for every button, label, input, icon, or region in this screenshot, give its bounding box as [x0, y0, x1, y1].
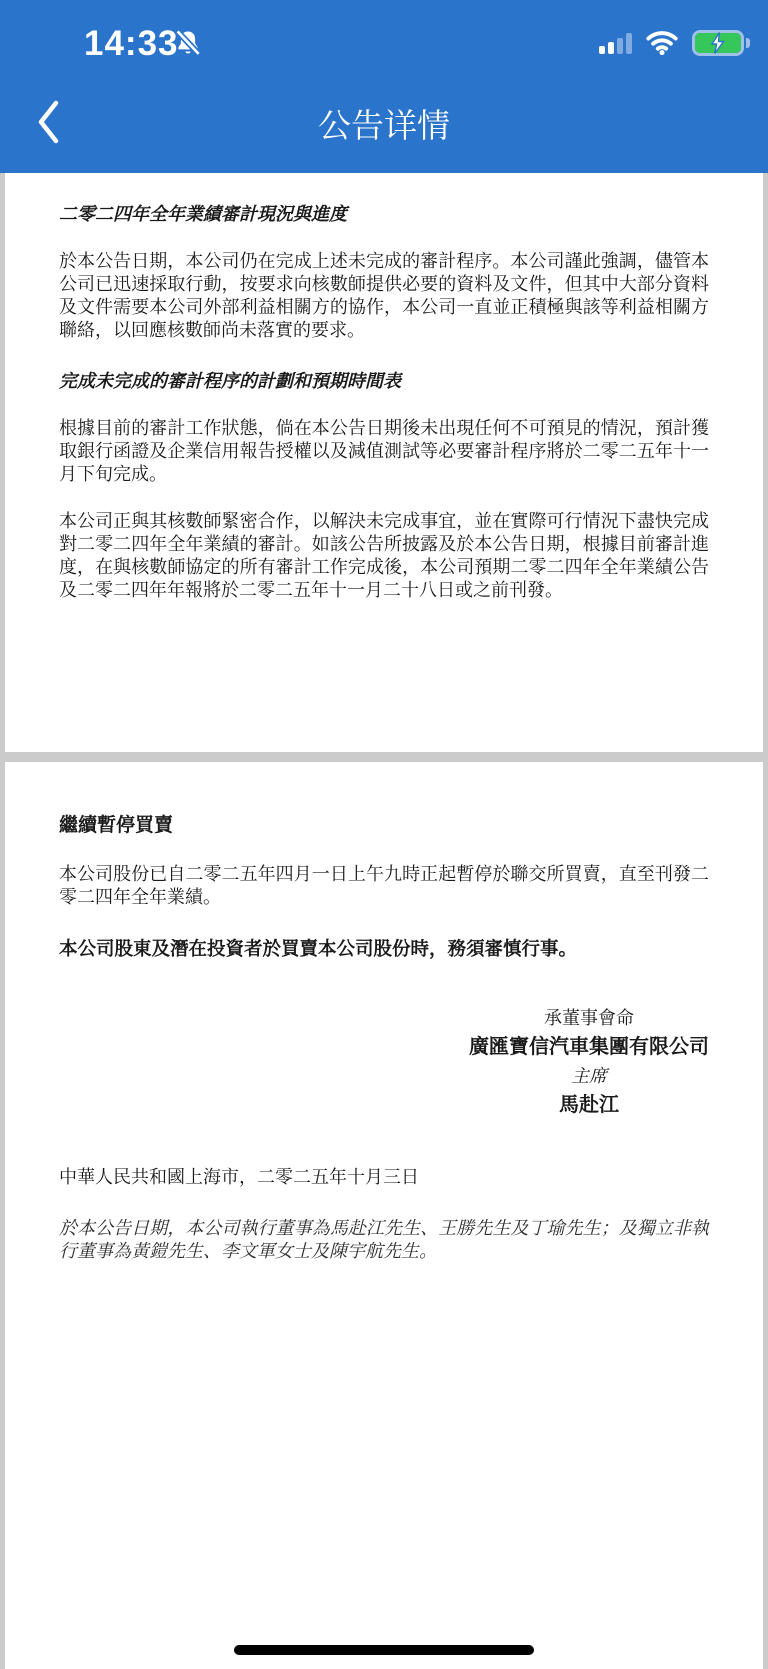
signature-line: 馬赴江: [469, 1091, 709, 1120]
page-gap: [0, 752, 768, 762]
signature-line: 廣匯寶信汽車集團有限公司: [469, 1033, 709, 1062]
signal-icon: [599, 32, 632, 54]
document-paragraph: 根據目前的審計工作狀態，倘在本公告日期後未出現任何不可預見的情況，預計獲取銀行函…: [59, 417, 709, 486]
battery-charging-icon: [692, 30, 744, 56]
signature-line: 承董事會命: [469, 1004, 709, 1033]
document-paragraph: 中華人民共和國上海市，二零二五年十月三日: [59, 1166, 709, 1189]
document-scroll-area[interactable]: 二零二四年全年業績審計現況與進度於本公告日期，本公司仍在完成上述未完成的審計程序…: [0, 173, 768, 1669]
document-paragraph: 本公司股份已自二零二五年四月一日上午九時正起暫停於聯交所買賣，直至刊發二零二四年…: [59, 863, 709, 909]
document-paragraph: 本公司股東及潛在投資者於買賣本公司股份時，務須審慎行事。: [59, 937, 709, 960]
nav-bar: 公告详情: [0, 68, 768, 173]
mute-bell-icon: [172, 28, 204, 60]
wifi-icon: [646, 31, 678, 55]
status-bar: 14:33: [0, 0, 768, 68]
document-paragraph: 於本公告日期，本公司執行董事為馬赴江先生、王勝先生及丁瑜先生；及獨立非執行董事為…: [59, 1217, 709, 1263]
signature-block: 承董事會命廣匯寶信汽車集團有限公司主席馬赴江: [469, 1004, 709, 1120]
home-indicator[interactable]: [234, 1645, 534, 1655]
document-page-2: 繼續暫停買賣本公司股份已自二零二五年四月一日上午九時正起暫停於聯交所買賣，直至刊…: [5, 762, 763, 1669]
status-icons: [599, 30, 744, 56]
document-heading: 二零二四年全年業績審計現況與進度: [59, 203, 709, 226]
status-time: 14:33: [84, 24, 179, 64]
document-heading: 繼續暫停買賣: [59, 814, 709, 837]
phone-screen: 14:33: [0, 0, 768, 1669]
page-title: 公告详情: [0, 100, 768, 147]
document-heading: 完成未完成的審計程序的計劃和預期時間表: [59, 370, 709, 393]
document-paragraph: 本公司正與其核數師緊密合作，以解決未完成事宜，並在實際可行情況下盡快完成對二零二…: [59, 510, 709, 602]
signature-line: 主席: [469, 1062, 709, 1091]
header: 14:33: [0, 0, 768, 173]
document-page-1: 二零二四年全年業績審計現況與進度於本公告日期，本公司仍在完成上述未完成的審計程序…: [5, 173, 763, 752]
document-paragraph: 於本公告日期，本公司仍在完成上述未完成的審計程序。本公司謹此強調，儘管本公司已迅…: [59, 250, 709, 342]
